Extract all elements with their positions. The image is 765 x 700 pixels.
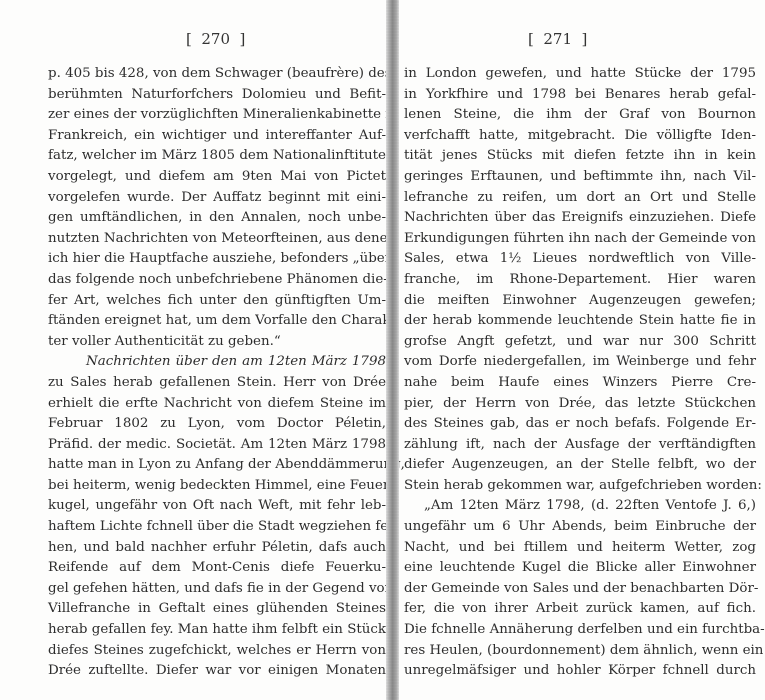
text-line: Frankreich, ein wichtiger und intereffan…: [48, 126, 386, 147]
text-line: vorgelefen wurde. Der Auffatz beginnt mi…: [48, 188, 386, 209]
text-line: erhielt die erfte Nachricht von diefem S…: [48, 394, 386, 415]
text-line: bei heiterm, wenig bedeckten Himmel, ein…: [48, 476, 386, 497]
text-line: res Heulen, (bourdonnement) dem ähnlich,…: [404, 641, 756, 662]
text-line: diefer Augenzeugen, an der Stelle felbft…: [404, 455, 756, 476]
text-line: p. 405 bis 428, von dem Schwager (beaufr…: [48, 64, 386, 85]
text-line: fer Art, welches fich unter den günftigf…: [48, 291, 386, 312]
text-line: in Yorkfhire und 1798 bei Benares herab …: [404, 85, 756, 106]
text-line: in London gewefen, und hatte Stücke der …: [404, 64, 756, 85]
text-line: grofse Angft gefetzt, und war nur 300 Sc…: [404, 332, 756, 353]
text-line: nutzten Nachrichten von Meteorfteinen, a…: [48, 229, 386, 250]
text-line: lefranche zu reifen, um dort an Ort und …: [404, 188, 756, 209]
text-line: des Steines gab, das er noch befafs. Fol…: [404, 414, 756, 435]
text-line: nahe beim Haufe eines Winzers Pierre Cre…: [404, 373, 756, 394]
text-line: haftem Lichte fchnell über die Stadt weg…: [48, 517, 386, 538]
text-line: hatte man in Lyon zu Anfang der Abenddäm…: [48, 455, 386, 476]
page-number-271: [ 271 ]: [528, 30, 587, 48]
text-line: gel gefehen hätten, und dafs fie in der …: [48, 579, 386, 600]
text-line: franche, im Rhone-Departement. Hier ware…: [404, 270, 756, 291]
text-line: ftänden ereignet hat, um dem Vorfalle de…: [48, 311, 386, 332]
text-line: Die fchnelle Annäherung derfelben und ei…: [404, 620, 756, 641]
italic-heading: Nachrichten über den am 12ten März 1798: [86, 354, 386, 369]
text-line: eine leuchtende Kugel die Blicke aller E…: [404, 558, 756, 579]
page-number-270: [ 270 ]: [186, 30, 245, 48]
text-line: Erkundigungen führten ihn nach der Gemei…: [404, 229, 756, 250]
text-line: Stein herab gekommen war, aufgefchrieben…: [404, 476, 756, 497]
text-line: Präfid. der medic. Societät. Am 12ten Mä…: [48, 435, 386, 456]
text-line: unregelmäfsiger und hohler Körper fchnel…: [404, 661, 756, 682]
text-line: vorgelegt, und diefem am 9ten Mai von Pi…: [48, 167, 386, 188]
text-line: Februar 1802 zu Lyon, vom Doctor Péletin…: [48, 414, 386, 435]
text-line: hen, und bald nachher erfuhr Péletin, da…: [48, 538, 386, 559]
text-line: herab gefallen fey. Man hatte ihm felbft…: [48, 620, 386, 641]
text-line: zer eines der vorzüglichften Mineralienk…: [48, 105, 386, 126]
text-line: diefes Steines zugefchickt, welches er H…: [48, 641, 386, 662]
text-line: fer, die von ihrer Arbeit zurück kamen, …: [404, 599, 756, 620]
text-line: das folgende noch unbefchriebene Phänome…: [48, 270, 386, 291]
text-line: lenen Steine, die ihm der Graf von Bourn…: [404, 105, 756, 126]
book-spread: [ 270 ] p. 405 bis 428, von dem Schwager…: [0, 0, 765, 700]
text-line: fatz, welcher im März 1805 dem Nationali…: [48, 146, 386, 167]
quote-start-line: „Am 12ten März 1798, (d. 22ften Ventofe …: [404, 496, 756, 517]
text-line: geringes Erftaunen, und beftimmte ihn, n…: [404, 167, 756, 188]
text-line: Drée zuftellte. Diefer war vor einigen M…: [48, 661, 386, 682]
left-page-text: p. 405 bis 428, von dem Schwager (beaufr…: [48, 64, 386, 682]
text-line: berühmten Naturforfchers Dolomieu und Be…: [48, 85, 386, 106]
text-line: vom Dorfe niedergefallen, im Weinberge u…: [404, 352, 756, 373]
right-page: [ 271 ] in London gewefen, und hatte Stü…: [398, 0, 765, 700]
text-line: tität jenes Stücks mit diefen fetzte ihn…: [404, 146, 756, 167]
text-line: ungefähr um 6 Uhr Abends, beim Einbruche…: [404, 517, 756, 538]
text-line: der Gemeinde von Sales und der benachbar…: [404, 579, 756, 600]
text-line: Nacht, und bei ftillem und heiterm Wette…: [404, 538, 756, 559]
text-line: ich hier die Hauptfache ausziehe, befond…: [48, 249, 386, 270]
section-heading-line: Nachrichten über den am 12ten März 1798: [48, 352, 386, 373]
text-line: Sales, etwa 1½ Lieues nordweftlich von V…: [404, 249, 756, 270]
text-line: pier, der Herrn von Drée, das letzte Stü…: [404, 394, 756, 415]
left-page: [ 270 ] p. 405 bis 428, von dem Schwager…: [0, 0, 388, 700]
text-line: der herab kommende leuchtende Stein hatt…: [404, 311, 756, 332]
text-line: Villefranche in Geftalt eines glühenden …: [48, 599, 386, 620]
text-line: gen umftändlichen, in den Annalen, noch …: [48, 208, 386, 229]
text-line: zählung ift, nach der Ausfage der verftä…: [404, 435, 756, 456]
text-line: Nachrichten über das Ereignifs einzuzieh…: [404, 208, 756, 229]
text-line: die meiften Einwohner Augenzeugen gewefe…: [404, 291, 756, 312]
text-line: ter voller Authenticität zu geben.“: [48, 332, 386, 353]
text-line: kugel, ungefähr von Oft nach Weft, mit f…: [48, 496, 386, 517]
text-line: Reifende auf dem Mont-Cenis diefe Feuerk…: [48, 558, 386, 579]
text-line: verfchafft hatte, mitgebracht. Die völli…: [404, 126, 756, 147]
right-page-text: in London gewefen, und hatte Stücke der …: [404, 64, 756, 682]
text-line: zu Sales herab gefallenen Stein. Herr vo…: [48, 373, 386, 394]
